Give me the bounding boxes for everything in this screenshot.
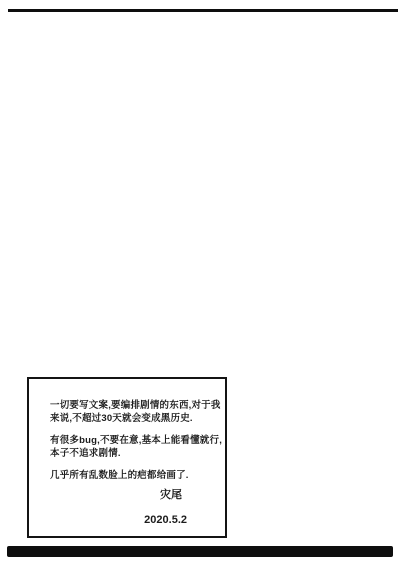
date-text: 2020.5.2 [50, 514, 215, 527]
note-paragraph1-line1: 一切要写文案,要编排剧情的东西,对于我 [50, 399, 215, 412]
author-signature: 灾尾 [50, 489, 215, 502]
note-paragraph2-line1: 有很多bug,不要在意,基本上能看懂就行, [50, 434, 215, 447]
bottom-trim-bar [7, 546, 393, 557]
note-paragraph3-line1: 几乎所有乱数脸上的疤都给画了. [50, 469, 215, 482]
afterword-note-box: 一切要写文案,要编排剧情的东西,对于我 来说,不超过30天就会变成黑历史. 有很… [27, 377, 227, 538]
note-paragraph1-line2: 来说,不超过30天就会变成黑历史. [50, 412, 215, 425]
note-paragraph2-line2: 本子不追求剧情. [50, 447, 215, 460]
top-trim-rule [8, 9, 398, 12]
scanned-afterword-page: 一切要写文案,要编排剧情的东西,对于我 来说,不超过30天就会变成黑历史. 有很… [0, 0, 400, 565]
